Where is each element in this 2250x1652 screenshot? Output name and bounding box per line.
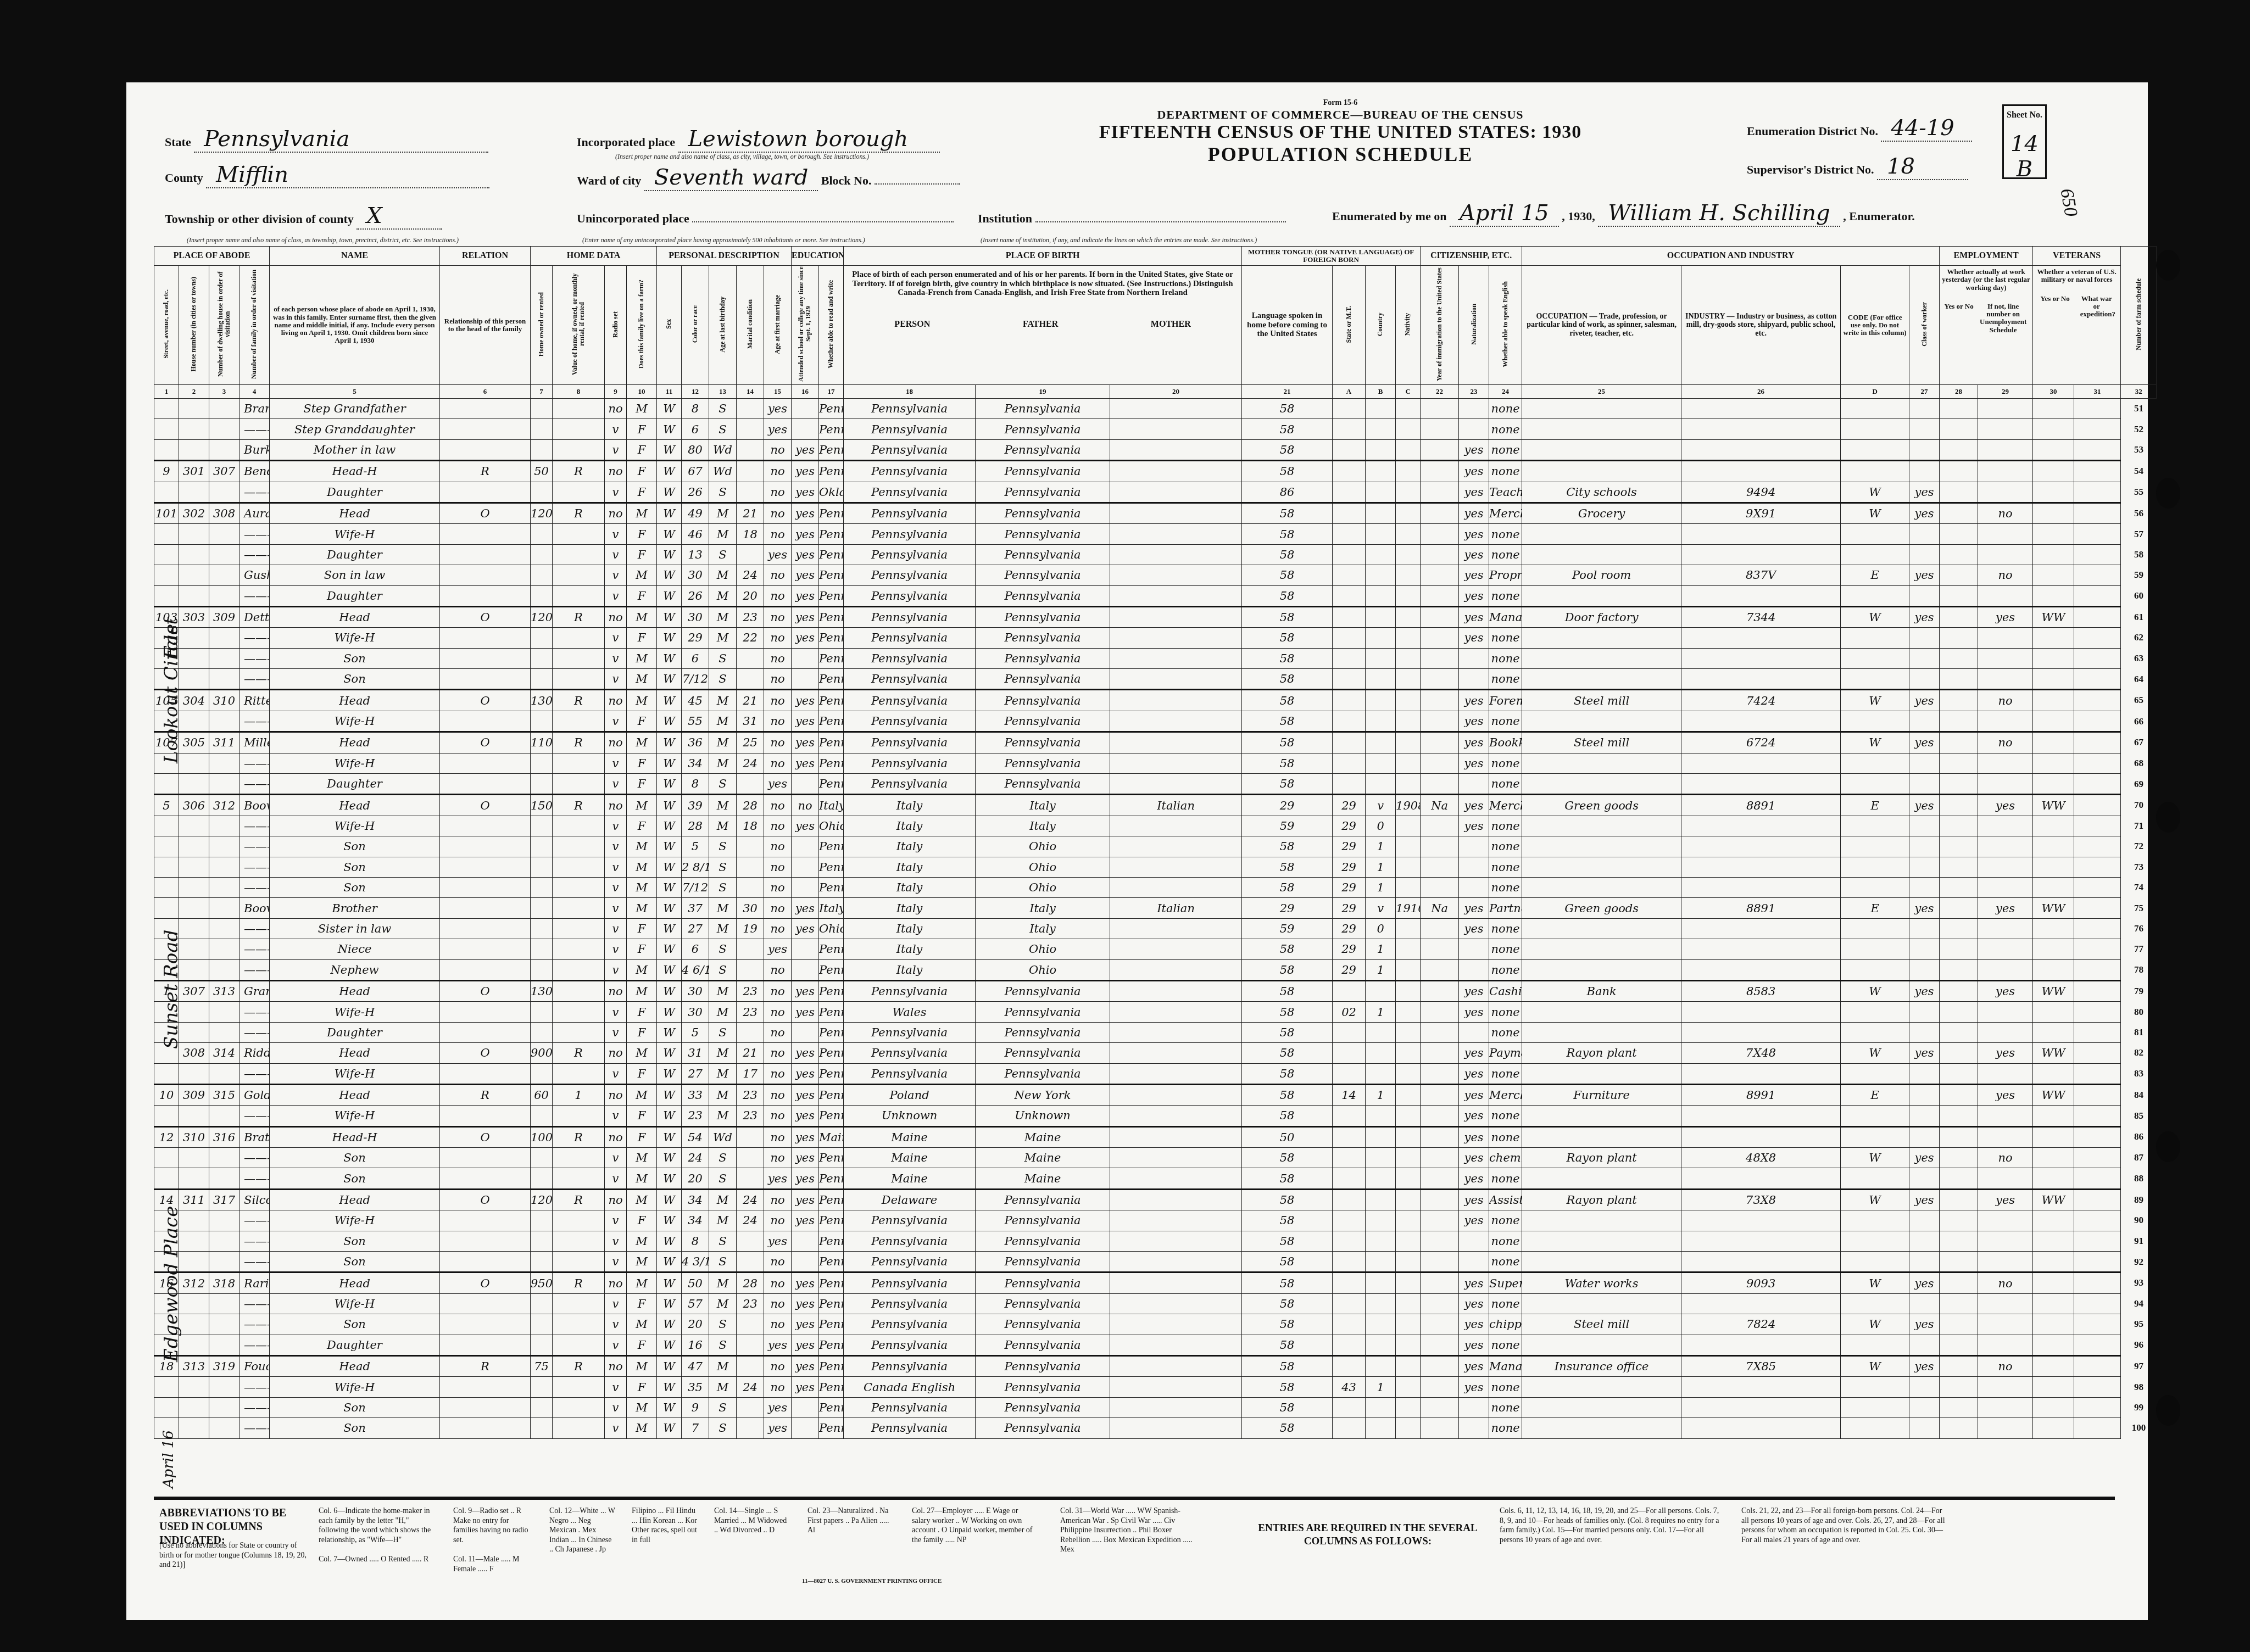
at-work (1909, 836, 1940, 857)
race: W (657, 959, 682, 980)
age: 34 (682, 1189, 709, 1210)
birthplace-person: Pennsylvania (819, 565, 844, 585)
speaks-english: yes (1459, 898, 1489, 918)
occupation: Proprietor (1489, 565, 1522, 585)
industry: City schools (1522, 482, 1681, 503)
occupation: none (1489, 585, 1522, 606)
occupation: none (1489, 959, 1522, 980)
mother-tongue (1110, 1252, 1242, 1273)
sex: M (627, 1252, 657, 1273)
at-work (1909, 857, 1940, 877)
family-number (209, 1377, 240, 1397)
code-state: 58 (1242, 1002, 1333, 1022)
col-16-header: Attended school or college any time sinc… (792, 266, 819, 385)
farm: v (605, 1231, 627, 1251)
relation: Son (270, 1397, 440, 1417)
race: W (657, 1231, 682, 1251)
radio-set (553, 544, 605, 565)
attended-school: no (764, 1293, 792, 1314)
birthplace-mother: Pennsylvania (976, 439, 1110, 460)
age-first-marriage: 23 (737, 980, 764, 1001)
line-number: 79 (2121, 980, 2157, 1001)
industry (1522, 1335, 1681, 1355)
house-number (154, 524, 179, 544)
war (2033, 585, 2074, 606)
farm: no (605, 690, 627, 711)
at-work: yes (1909, 1043, 1940, 1063)
veteran (1978, 836, 2033, 857)
unemployment-line (1940, 918, 1978, 939)
class-of-worker: W (1841, 1148, 1909, 1168)
read-write: yes (792, 1002, 819, 1022)
dwelling-number (179, 1418, 209, 1438)
relation: Head (270, 1355, 440, 1376)
sex: F (627, 1106, 657, 1126)
attended-school: no (764, 585, 792, 606)
home-owned-rented: O (440, 980, 531, 1001)
person-name: ——— M. Devera (240, 774, 270, 795)
age: 36 (682, 732, 709, 753)
radio-set (553, 648, 605, 668)
line-number: 81 (2121, 1022, 2157, 1042)
relation: Niece (270, 939, 440, 959)
birthplace-father: Wales (844, 1002, 976, 1022)
col-28-header: Yes or No (1945, 303, 1974, 334)
race: W (657, 1355, 682, 1376)
age-first-marriage: 22 (737, 628, 764, 648)
family-number (209, 711, 240, 732)
age-first-marriage (737, 1126, 764, 1147)
line-number: 83 (2121, 1063, 2157, 1084)
code-country (1333, 1189, 1366, 1210)
col-23-abbrev: Col. 23—Naturalized . Na First papers ..… (807, 1506, 890, 1536)
age: 31 (682, 1043, 709, 1063)
at-work (1909, 1063, 1940, 1084)
class-of-worker (1841, 544, 1909, 565)
family-number: 318 (209, 1273, 240, 1293)
war (2033, 877, 2074, 897)
family-number (209, 898, 240, 918)
table-row: ——— Evelyn M.Wife-HvFW35M24noyesPennsylv… (154, 1377, 2187, 1397)
home-value (531, 585, 553, 606)
race: W (657, 1148, 682, 1168)
home-owned-rented (440, 1397, 531, 1417)
mother-tongue (1110, 1210, 1242, 1231)
at-work (1909, 439, 1940, 460)
race: W (657, 648, 682, 668)
birthplace-mother: Pennsylvania (976, 544, 1110, 565)
farm-schedule (2074, 836, 2121, 857)
home-value: 11000 (531, 732, 553, 753)
at-work: yes (1909, 606, 1940, 627)
race: W (657, 980, 682, 1001)
line-number: 68 (2121, 753, 2157, 773)
occupation-code (1681, 585, 1841, 606)
unemployment-line (1940, 795, 1978, 816)
war (2033, 524, 2074, 544)
immigration-year (1396, 1063, 1421, 1084)
immigration-year (1396, 1273, 1421, 1293)
line-number: 86 (2121, 1126, 2157, 1147)
col-2-header: House number (in cities or towns) (179, 266, 209, 385)
sex: M (627, 857, 657, 877)
code-state: 58 (1242, 1022, 1333, 1042)
occupation-code (1681, 1293, 1841, 1314)
unemployment-line (1940, 1189, 1978, 1210)
sex: F (627, 711, 657, 732)
code-country: 29 (1333, 918, 1366, 939)
marital-status: S (709, 1418, 737, 1438)
relation: Mother in law (270, 439, 440, 460)
line-number: 59 (2121, 565, 2157, 585)
line-number: 55 (2121, 482, 2157, 503)
attended-school: no (764, 898, 792, 918)
table-row: ——— JosephSonvMW2 8/12SnoPennsylvaniaIta… (154, 857, 2187, 877)
naturalization (1421, 439, 1459, 460)
code-nativity (1366, 565, 1396, 585)
class-of-worker: W (1841, 690, 1909, 711)
farm-schedule (2074, 816, 2121, 836)
unemployment-line (1940, 1043, 1978, 1063)
dwelling-number (179, 1106, 209, 1126)
code-country: 29 (1333, 898, 1366, 918)
street-name-sunset-road: Sunset Road (160, 930, 182, 1049)
industry: Steel mill (1522, 732, 1681, 753)
war (2033, 461, 2074, 482)
occupation-code (1681, 524, 1841, 544)
naturalization (1421, 1043, 1459, 1063)
birthplace-mother: Pennsylvania (976, 1335, 1110, 1355)
code-nativity: 1 (1366, 959, 1396, 980)
dwelling-number: 311 (179, 1189, 209, 1210)
occupation-code: 6724 (1681, 732, 1841, 753)
sex: M (627, 898, 657, 918)
table-row: ——— BeatriceDaughtervFW26M20noyesPennsyl… (154, 585, 2187, 606)
code-country (1333, 690, 1366, 711)
sex: F (627, 1063, 657, 1084)
naturalization (1421, 1377, 1459, 1397)
race: W (657, 732, 682, 753)
group-personal-description: PERSONAL DESCRIPTION (657, 247, 792, 266)
code-country: 29 (1333, 959, 1366, 980)
speaks-english (1459, 1418, 1489, 1438)
column-number: 10 (627, 385, 657, 399)
at-work (1909, 877, 1940, 897)
unemployment-line (1940, 711, 1978, 732)
marital-status: M (709, 1043, 737, 1063)
read-write (792, 399, 819, 419)
house-number (154, 1148, 179, 1168)
class-of-worker (1841, 585, 1909, 606)
birthplace-mother: Italy (976, 816, 1110, 836)
marital-status: M (709, 753, 737, 773)
form-title-block: Form 15-6 DEPARTMENT OF COMMERCE—BUREAU … (1093, 99, 1588, 166)
group-employment: EMPLOYMENT (1940, 247, 2033, 266)
home-owned-rented (440, 836, 531, 857)
read-write (792, 648, 819, 668)
attended-school: no (764, 918, 792, 939)
age: 9 (682, 1397, 709, 1417)
code-nativity (1366, 711, 1396, 732)
race: W (657, 711, 682, 732)
mother-tongue (1110, 1002, 1242, 1022)
marital-status: M (709, 918, 737, 939)
industry (1522, 1002, 1681, 1022)
occupation: Partner (1489, 898, 1522, 918)
code-state: 58 (1242, 669, 1333, 690)
unemployment-line (1940, 774, 1978, 795)
immigration-year (1396, 1106, 1421, 1126)
industry (1522, 544, 1681, 565)
code-nativity: v (1366, 898, 1396, 918)
birthplace-mother: Italy (976, 898, 1110, 918)
marital-status: S (709, 1231, 737, 1251)
person-name: Brattone, Caroline E. (240, 1126, 270, 1147)
farm: v (605, 648, 627, 668)
relation: Head-H (270, 461, 440, 482)
race: W (657, 1314, 682, 1335)
age: 7 (682, 1418, 709, 1438)
occupation: Merchant (retail) (1489, 795, 1522, 816)
immigration-year (1396, 565, 1421, 585)
column-number: 20 (1110, 385, 1242, 399)
group-veterans: VETERANS (2033, 247, 2121, 266)
class-of-worker (1841, 461, 1909, 482)
birthplace-person: Pennsylvania (819, 1084, 844, 1105)
home-owned-rented: O (440, 606, 531, 627)
naturalization (1421, 1126, 1459, 1147)
house-number (154, 898, 179, 918)
relation: Wife-H (270, 1002, 440, 1022)
sex: F (627, 461, 657, 482)
birthplace-mother: Pennsylvania (976, 774, 1110, 795)
age: 6 (682, 648, 709, 668)
class-of-worker (1841, 1335, 1909, 1355)
sex: F (627, 1377, 657, 1397)
relation: Son (270, 669, 440, 690)
table-row: ——— Hellen M.DaughtervFW16SyesyesPennsyl… (154, 1335, 2187, 1355)
mother-tongue (1110, 690, 1242, 711)
radio-set (553, 877, 605, 897)
col-12-abbrev-2: Filipino ... Fil Hindu ... Hin Korean ..… (632, 1506, 698, 1545)
class-of-worker (1841, 711, 1909, 732)
at-work (1909, 419, 1940, 439)
naturalization (1421, 669, 1459, 690)
relation: Sister in law (270, 918, 440, 939)
occupation-code (1681, 857, 1841, 877)
code-country (1333, 585, 1366, 606)
family-number (209, 774, 240, 795)
farm: v (605, 753, 627, 773)
farm-schedule (2074, 1397, 2121, 1417)
code-nativity (1366, 1210, 1396, 1231)
line-number: 54 (2121, 461, 2157, 482)
sex: F (627, 439, 657, 460)
occupation: none (1489, 524, 1522, 544)
mother-tongue (1110, 669, 1242, 690)
home-value (531, 753, 553, 773)
read-write (792, 836, 819, 857)
age: 8 (682, 774, 709, 795)
industry (1522, 753, 1681, 773)
dwelling-number (179, 816, 209, 836)
naturalization: Na (1421, 795, 1459, 816)
industry (1522, 1063, 1681, 1084)
home-owned-rented: O (440, 1126, 531, 1147)
age: 5 (682, 1022, 709, 1042)
birthplace-person: Italy (819, 898, 844, 918)
industry (1522, 524, 1681, 544)
attended-school: yes (764, 939, 792, 959)
immigration-year (1396, 690, 1421, 711)
veteran: no (1978, 565, 2033, 585)
mother-tongue (1110, 939, 1242, 959)
person-name: ——— Jean (240, 1022, 270, 1042)
farm-schedule (2074, 1252, 2121, 1273)
table-row: ——— GertrudeWife-HvFW34M24noyesPennsylva… (154, 1210, 2187, 1231)
line-number: 88 (2121, 1168, 2157, 1189)
war: WW (2033, 1043, 2074, 1063)
table-row: ——— Edith C.Wife-HvFW46M18noyesPennsylva… (154, 524, 2187, 544)
at-work (1909, 774, 1940, 795)
group-education: EDUCATION (792, 247, 844, 266)
home-value (531, 1063, 553, 1084)
table-row: Gushard, EdwardSon in lawvMW30M24noyesPe… (154, 565, 2187, 585)
mother-tongue (1110, 980, 1242, 1001)
sex: F (627, 774, 657, 795)
occupation: none (1489, 1397, 1522, 1417)
code-state: 58 (1242, 753, 1333, 773)
age: 39 (682, 795, 709, 816)
birthplace-person: Pennsylvania (819, 1314, 844, 1335)
occupation-code (1681, 1377, 1841, 1397)
occupation-code (1681, 1168, 1841, 1189)
family-number (209, 877, 240, 897)
occupation: none (1489, 836, 1522, 857)
farm: v (605, 628, 627, 648)
unemployment-line (1940, 1397, 1978, 1417)
person-name: Aurand, James B. (240, 503, 270, 523)
unemployment-line (1940, 1084, 1978, 1105)
farm-schedule (2074, 898, 2121, 918)
birthplace-mother: Italy (976, 795, 1110, 816)
home-value (531, 774, 553, 795)
class-of-worker: W (1841, 482, 1909, 503)
speaks-english (1459, 669, 1489, 690)
mother-tongue (1110, 857, 1242, 877)
naturalization (1421, 877, 1459, 897)
attended-school: no (764, 1355, 792, 1376)
read-write: yes (792, 980, 819, 1001)
veteran: yes (1978, 606, 2033, 627)
age-first-marriage (737, 1231, 764, 1251)
dwelling-number (179, 1252, 209, 1273)
birthplace-person: Pennsylvania (819, 939, 844, 959)
age-first-marriage (737, 648, 764, 668)
birthplace-father: Maine (844, 1168, 976, 1189)
age-first-marriage: 24 (737, 565, 764, 585)
marital-status: M (709, 628, 737, 648)
code-nativity: 1 (1366, 1002, 1396, 1022)
at-work (1909, 461, 1940, 482)
race: W (657, 1293, 682, 1314)
birthplace-person: Italy (819, 795, 844, 816)
family-number (209, 544, 240, 565)
birthplace-mother: Ohio (976, 857, 1110, 877)
age: 7/12 (682, 669, 709, 690)
industry (1522, 648, 1681, 668)
veteran: yes (1978, 898, 2033, 918)
code-state: 58 (1242, 1252, 1333, 1273)
speaks-english: yes (1459, 732, 1489, 753)
col-29-header: If not, line number on Unemployment Sche… (1979, 303, 2028, 334)
birthplace-mother: Pennsylvania (976, 503, 1110, 523)
line-number: 77 (2121, 939, 2157, 959)
veteran (1978, 628, 2033, 648)
age-first-marriage (737, 1022, 764, 1042)
code-nativity (1366, 1106, 1396, 1126)
industry: Pool room (1522, 565, 1681, 585)
age: 30 (682, 1002, 709, 1022)
race: W (657, 1063, 682, 1084)
age: 6 (682, 419, 709, 439)
birthplace-mother: Pennsylvania (976, 399, 1110, 419)
age: 30 (682, 565, 709, 585)
home-value: 15000 (531, 795, 553, 816)
table-row: 5306312Boova, SamuelHeadO15000RnoMW39M28… (154, 795, 2187, 816)
race: W (657, 753, 682, 773)
family-number (209, 585, 240, 606)
family-number (209, 419, 240, 439)
dwelling-number: 304 (179, 690, 209, 711)
veteran: no (1978, 1355, 2033, 1376)
age-first-marriage: 17 (737, 1063, 764, 1084)
class-of-worker (1841, 836, 1909, 857)
person-name: ——— Mary J. (240, 939, 270, 959)
institution-note: (Insert name of institution, if any, and… (981, 236, 1257, 244)
attended-school: no (764, 1314, 792, 1335)
dwelling-number (179, 648, 209, 668)
table-row: 103303309Dettrey, Willard R.HeadO12000Rn… (154, 606, 2187, 627)
column-number: 28 (1940, 385, 1978, 399)
age: 33 (682, 1084, 709, 1105)
war (2033, 669, 2074, 690)
column-number: 29 (1978, 385, 2033, 399)
marital-status: Wd (709, 1126, 737, 1147)
entries-required-title: ENTRIES ARE REQUIRED IN THE SEVERAL COLU… (1252, 1522, 1483, 1548)
code-country (1333, 732, 1366, 753)
immigration-year (1396, 628, 1421, 648)
war (2033, 1002, 2074, 1022)
schedule-title: POPULATION SCHEDULE (1093, 143, 1588, 166)
class-of-worker (1841, 959, 1909, 980)
marital-status: M (709, 711, 737, 732)
home-value (531, 1210, 553, 1231)
col-8-header: Value of home, if owned, or monthly rent… (553, 266, 605, 385)
birthplace-father: Pennsylvania (844, 565, 976, 585)
home-value (531, 1377, 553, 1397)
birthplace-person: Pennsylvania (819, 1106, 844, 1126)
radio-set (553, 1418, 605, 1438)
age: 8 (682, 399, 709, 419)
veteran (1978, 1022, 2033, 1042)
dwelling-number: 305 (179, 732, 209, 753)
unemployment-line (1940, 1002, 1978, 1022)
birthplace-father: Pennsylvania (844, 1397, 976, 1417)
sex: F (627, 1210, 657, 1231)
veteran (1978, 419, 2033, 439)
immigration-year (1396, 959, 1421, 980)
